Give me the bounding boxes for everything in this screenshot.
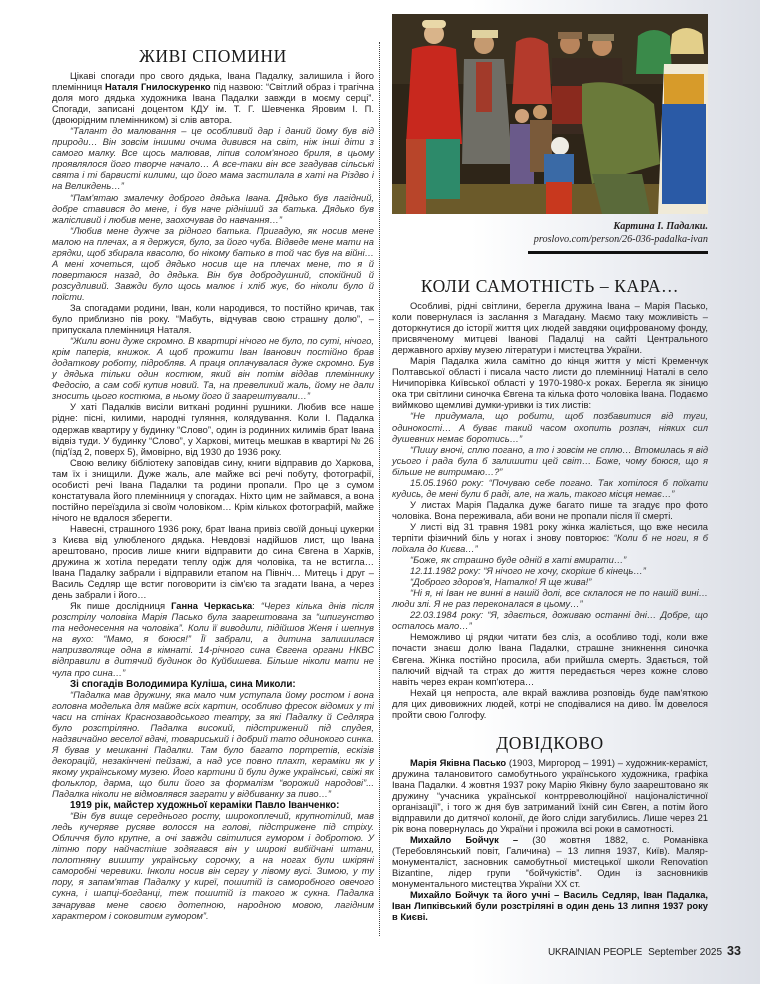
page-footer: UKRAINIAN PEOPLESeptember 202533 xyxy=(548,944,741,958)
quote-paragraph: “Він був вище середнього росту, широкопл… xyxy=(52,811,374,921)
reference-entry-executed: Михайло Бойчук та його учні – Василь Сед… xyxy=(392,890,708,923)
body-paragraph: Особливі, рідні світлини, берегла дружин… xyxy=(392,301,708,356)
researcher-paragraph: Як пише дослідниця Ганна Черкаська: “Чер… xyxy=(52,601,374,678)
caption-rule xyxy=(528,251,708,254)
left-column: ЖИВІ СПОМИНИ Цікаві спогади про свого дя… xyxy=(52,46,374,922)
image-caption: Картина І. Падалки. proslovo.com/person/… xyxy=(392,220,708,254)
researcher-quote: “Через кілька днів після розстрілу чолов… xyxy=(52,601,374,677)
body-paragraph: У хаті Падалків висіли виткані родинні р… xyxy=(52,402,374,457)
quote-paragraph: “Талант до малювання – це особливий дар … xyxy=(52,126,374,192)
quote-paragraph: “Пам'ятаю змалечку доброго дядька Івана.… xyxy=(52,193,374,226)
body-paragraph: У листі від 31 травня 1981 року жінка жа… xyxy=(392,522,708,555)
caption-source-link[interactable]: proslovo.com/person/26-036-padalka-ivan xyxy=(392,233,708,246)
painting-image xyxy=(392,14,708,214)
subheading-kulish: Зі спогадів Володимира Куліша, сина Мико… xyxy=(52,679,374,690)
body-paragraph: Неможливо ці рядки читати без сліз, а ос… xyxy=(392,632,708,687)
body-paragraph: У листах Марія Падалка дуже багато пише … xyxy=(392,500,708,522)
researcher-intro: Як пише дослідниця xyxy=(70,601,171,611)
reference-entry-pasko: Марія Яківна Пасько (1903, Миргород – 19… xyxy=(392,758,708,835)
reference-name: Михайло Бойчук – xyxy=(410,835,518,845)
author-name: Наталя Гнилоскуренко xyxy=(105,82,211,92)
body-paragraph: Свою велику бібліотеку заповідав сину, к… xyxy=(52,458,374,524)
letter-quote: “Доброго здоров'я, Наталко! Я ще жива!” xyxy=(392,577,708,588)
quote-paragraph: “Любив мене дужче за рідного батька. При… xyxy=(52,226,374,303)
magazine-name: UKRAINIAN PEOPLE xyxy=(548,947,642,958)
section-title-zhyvi-spomyny: ЖИВІ СПОМИНИ xyxy=(52,46,374,67)
page-number: 33 xyxy=(727,944,741,958)
letter-quote: “Боже, як страшно буде одній в хаті вмир… xyxy=(392,555,708,566)
body-paragraph: Марія Падалка жила самітно до кінця житт… xyxy=(392,356,708,411)
magazine-page: ЖИВІ СПОМИНИ Цікаві спогади про свого дя… xyxy=(0,0,760,984)
researcher-name: Ганна Черкаська xyxy=(171,601,252,611)
letter-quote: “Ні я, ні Іван не винні в нашій долі, вс… xyxy=(392,588,708,610)
painting-illustration-icon xyxy=(392,14,708,214)
letter-quote: 15.05.1960 року: “Почуваю себе погано. Т… xyxy=(392,478,708,500)
body-paragraph: Нехай ця непроста, але вкрай важлива роз… xyxy=(392,688,708,721)
column-divider xyxy=(379,42,380,936)
intro-paragraph: Цікаві спогади про свого дядька, Івана П… xyxy=(52,71,374,126)
quote-paragraph: “Жили вони дуже скромно. В квартирі нічо… xyxy=(52,336,374,402)
subheading-ivanchenko: 1919 рік, майстер художньої кераміки Пав… xyxy=(52,800,374,811)
letter-quote: “Пишу вночі, сплю погано, а то і зовсім … xyxy=(392,445,708,478)
reference-entry-boichuk: Михайло Бойчук – (30 жовтня 1882, с. Ром… xyxy=(392,835,708,890)
punct: : xyxy=(252,601,261,611)
body-paragraph: Навесні, страшного 1936 року, брат Івана… xyxy=(52,524,374,601)
reference-text: (1903, Миргород – 1991) – художник-керам… xyxy=(392,758,708,834)
letter-quote: 12.11.1982 року: “Я нічого не хочу, скор… xyxy=(392,566,708,577)
right-column: Картина І. Падалки. proslovo.com/person/… xyxy=(392,14,708,923)
caption-title: Картина І. Падалки. xyxy=(392,220,708,233)
letter-quote: “Не придумала, що робити, щоб позбавитис… xyxy=(392,411,708,444)
body-paragraph: За спогадами родини, Іван, коли народивс… xyxy=(52,303,374,336)
section-title-dovidkovo: ДОВІДКОВО xyxy=(392,733,708,754)
letter-quote: 22.03.1984 року: “Я, здається, доживаю о… xyxy=(392,610,708,632)
section-title-koly-samotnist: КОЛИ САМОТНІСТЬ – КАРА… xyxy=(392,276,708,297)
reference-name: Марія Яківна Пасько xyxy=(410,758,506,768)
quote-paragraph: “Падалка мав дружину, яка мало чим уступ… xyxy=(52,690,374,800)
issue-date: September 2025 xyxy=(648,947,722,958)
